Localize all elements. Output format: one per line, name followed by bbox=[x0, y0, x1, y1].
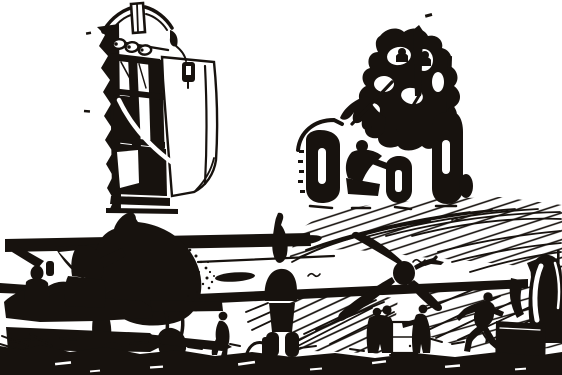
front-wheel bbox=[386, 156, 412, 203]
truck-boom bbox=[150, 300, 223, 312]
propeller-hub bbox=[393, 261, 415, 285]
crew-head bbox=[382, 305, 391, 314]
illustration-canvas bbox=[0, 0, 562, 375]
ink-illustration bbox=[0, 0, 562, 375]
light-pane bbox=[117, 150, 139, 188]
wall-tick bbox=[84, 110, 90, 113]
crew-head bbox=[419, 305, 428, 314]
sill bbox=[106, 208, 178, 214]
